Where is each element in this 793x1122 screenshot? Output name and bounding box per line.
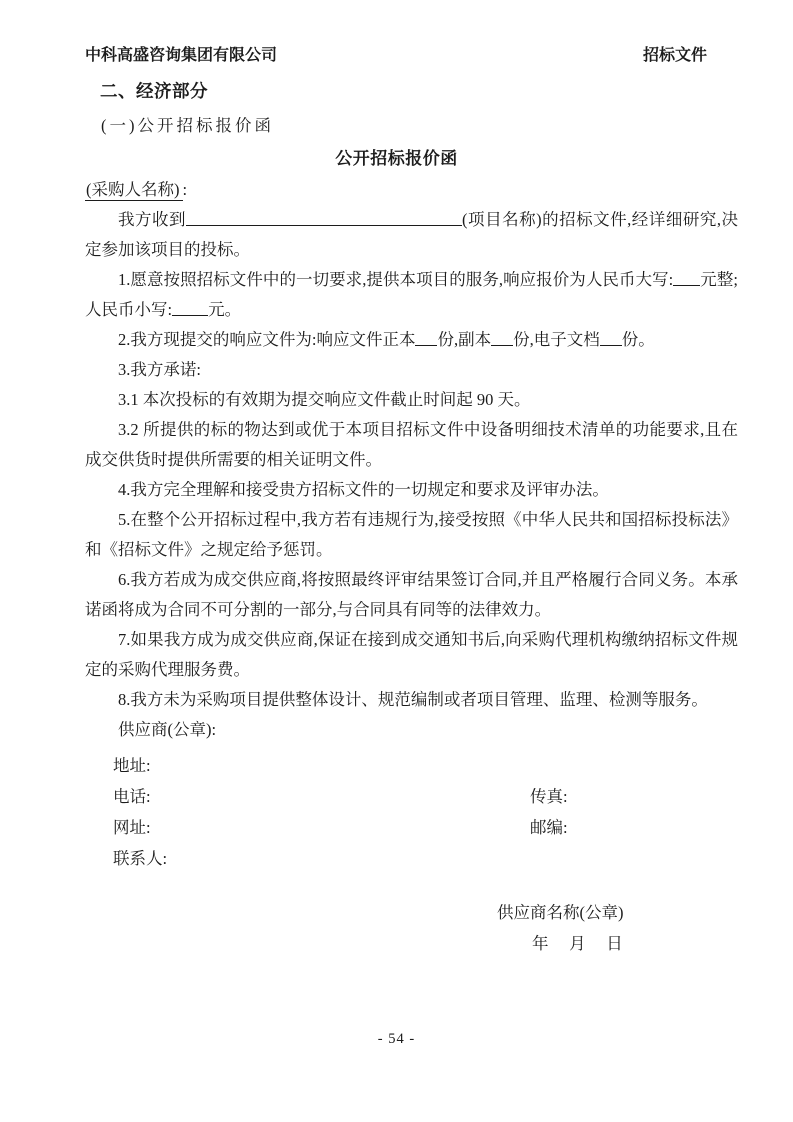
contact-row-phone-fax: 电话: 传真:	[113, 781, 766, 812]
paragraph-item3: 3.我方承诺:	[85, 355, 738, 385]
purchaser-line: (采购人名称):	[85, 175, 738, 205]
contact-row-person: 联系人:	[113, 843, 766, 874]
signature-block: 供应商名称(公章) 年 月 日	[497, 897, 793, 959]
item1-text-pre: 1.愿意按照招标文件中的一切要求,提供本项目的服务,响应报价为人民币大写:	[118, 270, 673, 289]
amount-in-words-blank	[673, 283, 700, 286]
duplicate-copies-blank	[491, 343, 513, 346]
intro-text-pre: 我方收到	[118, 210, 186, 229]
item2-text-mid2: 份,电子文档	[513, 330, 600, 349]
purchaser-colon: :	[183, 180, 188, 199]
paragraph-item5: 5.在整个公开招标过程中,我方若有违规行为,接受按照《中华人民共和国招标投标法》…	[85, 505, 738, 565]
paragraph-intro: 我方收到(项目名称)的招标文件,经详细研究,决定参加该项目的投标。	[85, 205, 738, 265]
header-company-name: 中科高盛咨询集团有限公司	[85, 46, 277, 66]
paragraph-item8: 8.我方未为采购项目提供整体设计、规范编制或者项目管理、监理、检测等服务。	[85, 685, 738, 715]
original-copies-blank	[415, 343, 437, 346]
header-doc-label: 招标文件	[643, 46, 707, 66]
paragraph-item7: 7.如果我方成为成交供应商,保证在接到成交通知书后,向采购代理机构缴纳招标文件规…	[85, 625, 738, 685]
page-title: 公开招标报价函	[0, 148, 793, 170]
purchaser-name-label: (采购人名称)	[85, 180, 183, 201]
paragraph-item4: 4.我方完全理解和接受贵方招标文件的一切规定和要求及评审办法。	[85, 475, 738, 505]
contact-row-web-postcode: 网址: 邮编:	[113, 812, 766, 843]
document-header: 中科高盛咨询集团有限公司 招标文件	[0, 0, 793, 66]
document-page: 中科高盛咨询集团有限公司 招标文件 二、经济部分 (一)公开招标报价函 公开招标…	[0, 0, 793, 1122]
paragraph-item1: 1.愿意按照招标文件中的一切要求,提供本项目的服务,响应报价为人民币大写:元整;…	[85, 265, 738, 325]
subsection-heading: (一)公开招标报价函	[101, 115, 793, 137]
paragraph-item3-1: 3.1 本次投标的有效期为提交响应文件截止时间起 90 天。	[85, 385, 738, 415]
section-heading: 二、经济部分	[100, 80, 793, 102]
paragraph-item2: 2.我方现提交的响应文件为:响应文件正本份,副本份,电子文档份。	[85, 325, 738, 355]
amount-in-figures-blank	[172, 313, 208, 316]
contact-row-address: 地址:	[113, 750, 766, 781]
project-name-blank	[186, 223, 462, 226]
page-number: - 54 -	[0, 1031, 793, 1048]
contact-block: 地址: 电话: 传真: 网址: 邮编: 联系人:	[113, 750, 766, 874]
phone-label: 电话:	[113, 787, 151, 806]
signature-supplier-name: 供应商名称(公章)	[497, 897, 793, 928]
paragraph-item3-2: 3.2 所提供的标的物达到或优于本项目招标文件中设备明细技术清单的功能要求,且在…	[85, 415, 738, 475]
item2-text-mid1: 份,副本	[437, 330, 491, 349]
website-label: 网址:	[113, 818, 151, 837]
supplier-seal-line: 供应商(公章):	[85, 715, 738, 745]
address-label: 地址:	[113, 756, 151, 775]
fax-label: 传真:	[530, 781, 568, 812]
contact-person-label: 联系人:	[113, 849, 167, 868]
item2-text-post: 份。	[622, 330, 655, 349]
postcode-label: 邮编:	[530, 812, 568, 843]
electronic-copies-blank	[600, 343, 622, 346]
item1-text-post: 元。	[208, 300, 241, 319]
signature-date-line: 年 月 日	[532, 928, 793, 959]
item2-text-pre: 2.我方现提交的响应文件为:响应文件正本	[118, 330, 415, 349]
paragraph-item6: 6.我方若成为成交供应商,将按照最终评审结果签订合同,并且严格履行合同义务。本承…	[85, 565, 738, 625]
letter-body: (采购人名称): 我方收到(项目名称)的招标文件,经详细研究,决定参加该项目的投…	[85, 175, 738, 745]
